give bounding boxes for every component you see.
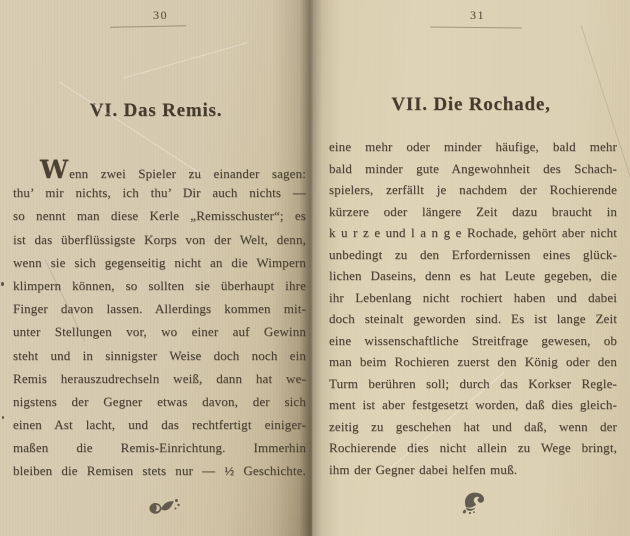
right-page: 31 VII. Die Rochade, eine mehr oder mind… [312,0,630,536]
leaf-bird-fleuron-icon [148,493,184,515]
text-line: thu’ mir nichts, ich thu’ Dir auch nicht… [13,181,306,204]
text-line: ihm der Gegner dabei helfen muß. [329,459,617,481]
text-line: lichen Daseins, denn es hat Leute gegebe… [329,265,617,287]
text-line: Finger davon lassen. Allerdings kommen m… [13,297,306,320]
text-line: eine wissenschaftliche Streitfrage gewes… [329,330,617,352]
text-line: ist das überflüssigste Korps von der Wel… [13,228,306,251]
text-line: einen Ast lacht, und das rechtfertigt ei… [13,413,306,436]
ink-speck [2,416,4,419]
text-line: maßen die Remis-Einrichtung. Immerhin [13,436,306,459]
right-page-text: eine mehr oder minder häufige, bald mehr… [329,136,617,480]
paisley-fleuron-icon [460,490,490,516]
open-book-photo: 30 VI. Das Remis. Wenn zwei Spieler zu e… [0,0,630,536]
text-line: bleiben die Remisen stets nur — ½ Geschi… [13,459,306,482]
text-line: Remis herauszudrechseln weiß, dann hat w… [13,367,306,390]
right-page-number: 31 [470,8,485,23]
text-line: man beim Rochieren zuerst den König oder… [329,351,617,373]
text-line: unter Stellungen vor, wo einer auf Gewin… [13,320,306,343]
text-line: steht und in sinnigster Weise doch noch … [13,344,306,367]
left-page: 30 VI. Das Remis. Wenn zwei Spieler zu e… [0,0,312,536]
left-chapter-heading: VI. Das Remis. [0,100,312,122]
text-line: so nennt man diese Kerle „Remisschuster“… [13,204,306,227]
text-line: spielers, zerfällt je nachdem der Rochie… [329,179,617,201]
text-line: kürzere oder längere Zeit dazu braucht i… [329,201,617,223]
left-page-number: 30 [153,8,168,23]
right-folio-rule [430,27,522,29]
text-line: Wenn zwei Spieler zu einander sagen: [13,158,306,181]
text-line: wenn sie sich gegenseitig nicht an die W… [13,251,306,274]
text-line: k u r z e und l a n g e Rochade, gehört … [329,222,617,244]
text-line: Rochierende dies nicht allein zu Wege br… [329,437,617,459]
paper-scratch [122,42,247,79]
text-line: unbedingt zu den Erfordernissen eines gl… [329,244,617,266]
text-line: nigstens der Gegner etwas davon, der sic… [13,390,306,413]
text-line: bald minder gute Angewohnheit des Schach… [329,158,617,180]
left-folio-rule [110,25,186,28]
text-line: eine mehr oder minder häufige, bald mehr [329,136,617,158]
text-line: doch steinalt geworden sind. Es ist lang… [329,308,617,330]
text-line: klimpern können, so sollten sie überhaup… [13,274,306,297]
text-line: ment ist aber festgesetzt worden, daß di… [329,394,617,416]
text-line: zeitig zu geschehen hat und daß, wenn de… [329,416,617,438]
left-page-text: Wenn zwei Spieler zu einander sagen: thu… [13,158,306,483]
right-chapter-heading: VII. Die Rochade, [312,94,630,116]
text-line: ihr Lebenlang nicht rochiert haben und d… [329,287,617,309]
ink-speck [1,282,4,286]
text-line: Turm berühren soll; durch das Korkser Re… [329,373,617,395]
